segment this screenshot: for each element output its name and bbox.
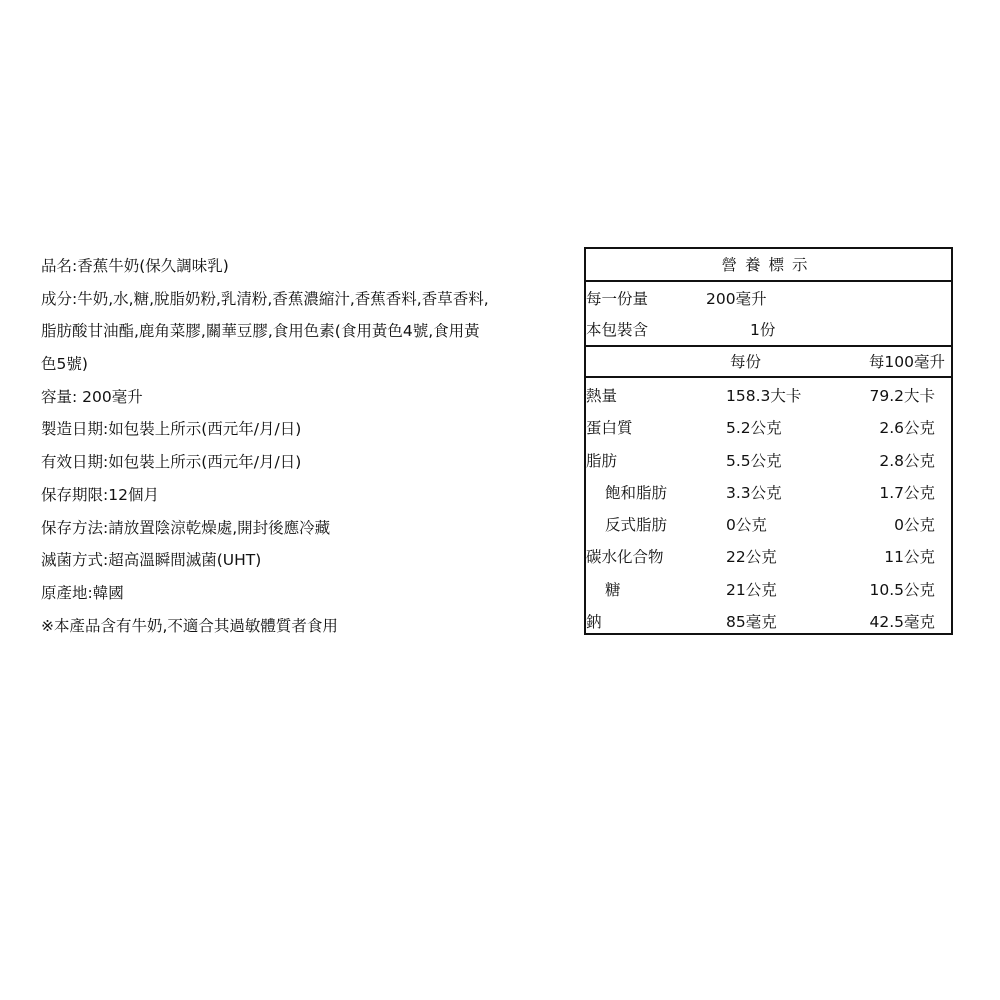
nutrient-row: 脂肪5.5公克2.8公克 [586,445,951,477]
nutrient-name: 反式脂肪 [605,509,667,541]
nutrient-per-serving: 5.2公克 [726,412,782,444]
nutrient-per-serving: 158.3大卡 [726,380,801,412]
nutrient-name: 碳水化合物 [586,541,664,573]
nutrient-per-100ml: 79.2大卡 [869,380,935,412]
nutrient-per-100ml: 1.7公克 [879,477,935,509]
sterilization-line: 滅菌方式:超高溫瞬間滅菌(UHT) [41,544,586,577]
shelf-life-line: 保存期限:12個月 [41,479,586,512]
nutrient-rows: 熱量158.3大卡79.2大卡蛋白質5.2公克2.6公克脂肪5.5公克2.8公克… [586,378,951,638]
col-per-serving: 每份 [730,347,761,378]
product-info: 品名:香蕉牛奶(保久調味乳) 成分:牛奶,水,糖,脫脂奶粉,乳清粉,香蕉濃縮汁,… [41,250,586,642]
nutrient-per-serving: 21公克 [726,574,777,606]
nutrient-per-serving: 0公克 [726,509,767,541]
nutrient-name: 飽和脂肪 [605,477,667,509]
nutrient-row: 蛋白質5.2公克2.6公克 [586,412,951,444]
servings-label: 本包裝含 [586,315,648,346]
nutrient-per-serving: 5.5公克 [726,445,782,477]
nutrient-per-100ml: 42.5毫克 [869,606,935,638]
nutrient-per-100ml: 0公克 [894,509,935,541]
nutrient-per-serving: 85毫克 [726,606,777,638]
column-header-row: 每份 每100毫升 [586,347,951,378]
nutrient-name: 蛋白質 [586,412,633,444]
nutrient-row: 鈉85毫克42.5毫克 [586,606,951,638]
serving-info: 每一份量 200毫升 本包裝含 1份 [586,282,951,347]
nutrient-name: 脂肪 [586,445,617,477]
nutrient-per-100ml: 11公克 [884,541,935,573]
nutrient-row: 碳水化合物22公克11公克 [586,541,951,573]
serving-size-value: 200毫升 [706,284,767,315]
nutrient-per-serving: 3.3公克 [726,477,782,509]
product-name-line: 品名:香蕉牛奶(保久調味乳) [41,250,586,283]
nutrient-per-100ml: 10.5公克 [869,574,935,606]
expiry-date-line: 有效日期:如包裝上所示(西元年/月/日) [41,446,586,479]
servings-value: 1份 [750,315,775,346]
ingredients-line-1: 成分:牛奶,水,糖,脫脂奶粉,乳清粉,香蕉濃縮汁,香蕉香料,香草香料, [41,283,586,316]
nutrition-facts-table: 營養標示 每一份量 200毫升 本包裝含 1份 每份 每100毫升 熱量158.… [584,247,953,635]
storage-line: 保存方法:請放置陰涼乾燥處,開封後應冷藏 [41,512,586,545]
nutrient-row: 糖21公克10.5公克 [586,574,951,606]
ingredients-line-2: 脂肪酸甘油酯,鹿角菜膠,關華豆膠,食用色素(食用黃色4號,食用黃 [41,315,586,348]
ingredients-line-3: 色5號) [41,348,586,381]
nutrient-row: 反式脂肪0公克0公克 [586,509,951,541]
nutrition-title: 營養標示 [586,249,951,282]
origin-line: 原產地:韓國 [41,577,586,610]
nutrient-name: 鈉 [586,606,602,638]
allergen-warning-line: ※本產品含有牛奶,不適合其過敏體質者食用 [41,610,586,643]
manufacture-date-line: 製造日期:如包裝上所示(西元年/月/日) [41,413,586,446]
nutrient-per-serving: 22公克 [726,541,777,573]
nutrient-name: 熱量 [586,380,617,412]
serving-size-row: 每一份量 200毫升 [586,284,951,315]
nutrient-name: 糖 [605,574,621,606]
nutrient-row: 熱量158.3大卡79.2大卡 [586,380,951,412]
volume-line: 容量: 200毫升 [41,381,586,414]
nutrient-per-100ml: 2.6公克 [879,412,935,444]
serving-size-label: 每一份量 [586,284,648,315]
col-per-100ml: 每100毫升 [869,347,945,378]
nutrient-per-100ml: 2.8公克 [879,445,935,477]
servings-per-package-row: 本包裝含 1份 [586,315,951,346]
nutrient-row: 飽和脂肪3.3公克1.7公克 [586,477,951,509]
